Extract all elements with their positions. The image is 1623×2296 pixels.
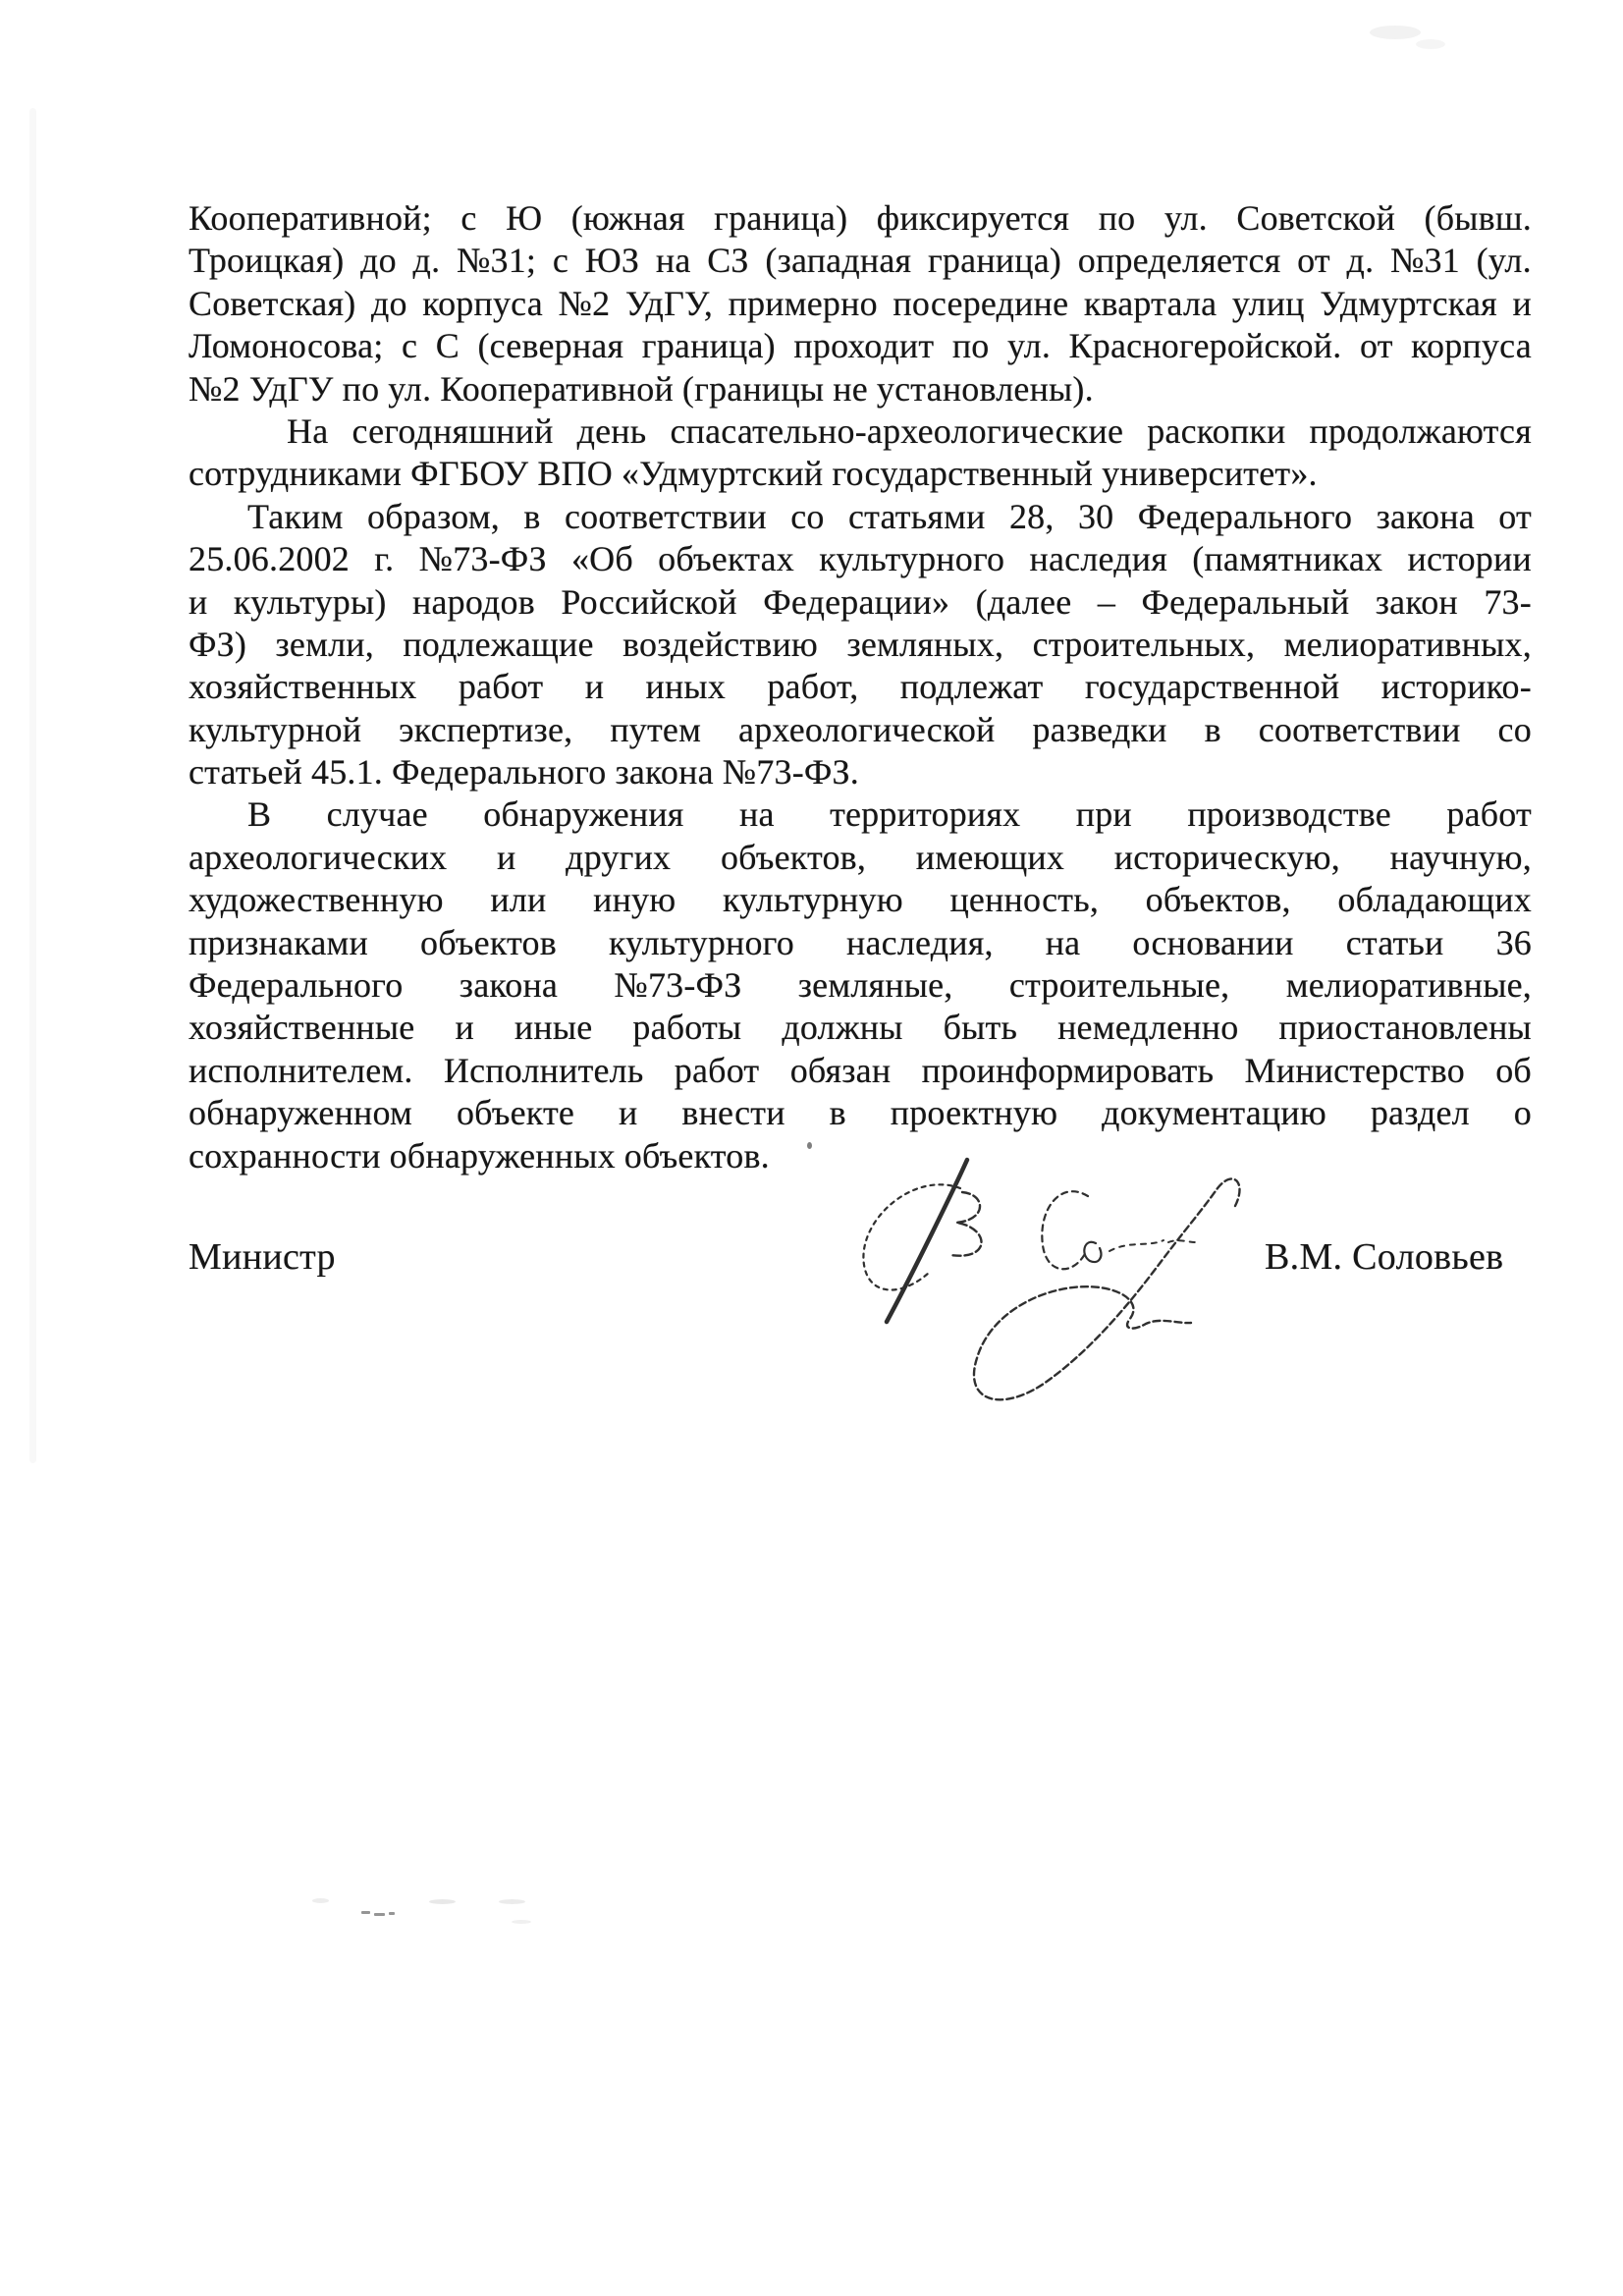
text-line: художественнуюилиинуюкультурнуюценность,… [189,879,1532,921]
text-line: Насегодняшнийденьспасательно-археологиче… [189,410,1532,453]
scan-smudge [1416,39,1445,49]
text-line: Ломоносова;сС(севернаяграница)проходитпо… [189,325,1532,367]
scan-speck [361,1911,370,1914]
scanned-document-page: Кооперативной;сЮ(южнаяграница)фиксируетс… [0,0,1623,2296]
text-line: ФЗ)земли,подлежащиевоздействиюземляных,с… [189,624,1532,666]
text-line: Такимобразом,всоответствиисостатьями28,3… [189,496,1532,538]
text-line: статьей45.1.Федеральногозакона№73-ФЗ. [189,751,1532,793]
scan-smudge [512,1920,531,1924]
text-line: Советская)докорпуса№2УдГУ,примернопосере… [189,283,1532,325]
handwritten-signature-image [842,1127,1294,1451]
scan-smudge [312,1898,329,1903]
text-line: Федеральногозакона№73-ФЗземляные,строите… [189,964,1532,1007]
scan-streak-artifact [29,108,36,1463]
text-line: Вслучаеобнаружениянатерриторияхприпроизв… [189,793,1532,836]
text-line: культурнойэкспертизе,путемархеологическо… [189,709,1532,751]
scan-speck [374,1913,385,1916]
text-line: №2УдГУпоул.Кооперативной(границынеустано… [189,368,1532,410]
signer-name-label: В.М. Соловьев [1265,1235,1503,1279]
text-line: Троицкая)дод.№31;сЮЗнаСЗ(западнаяграница… [189,240,1532,282]
text-line: икультуры)народовРоссийскойФедерации»(да… [189,581,1532,624]
scan-smudge [1370,26,1421,39]
text-line: признакамиобъектовкультурногонаследия,на… [189,922,1532,964]
scan-smudge [499,1899,525,1904]
text-line: сотрудникамиФГБОУВПО«Удмуртскийгосударст… [189,453,1532,495]
scan-smudge [429,1899,456,1904]
text-line: хозяйственныхработииныхработ,подлежатгос… [189,666,1532,708]
signer-title-label: Министр [189,1235,336,1279]
text-line: археологическихидругихобъектов,имеющихис… [189,837,1532,879]
text-line: 25.06.2002г.№73-ФЗ«Обобъектахкультурного… [189,538,1532,580]
document-body-text: Кооперативной;сЮ(южнаяграница)фиксируетс… [189,197,1532,1177]
text-line: хозяйственныеииныеработыдолжныбытьнемедл… [189,1007,1532,1049]
scan-speck [389,1912,395,1915]
text-line: исполнителем.Исполнительработобязанпроин… [189,1050,1532,1092]
text-line: Кооперативной;сЮ(южнаяграница)фиксируетс… [189,197,1532,240]
